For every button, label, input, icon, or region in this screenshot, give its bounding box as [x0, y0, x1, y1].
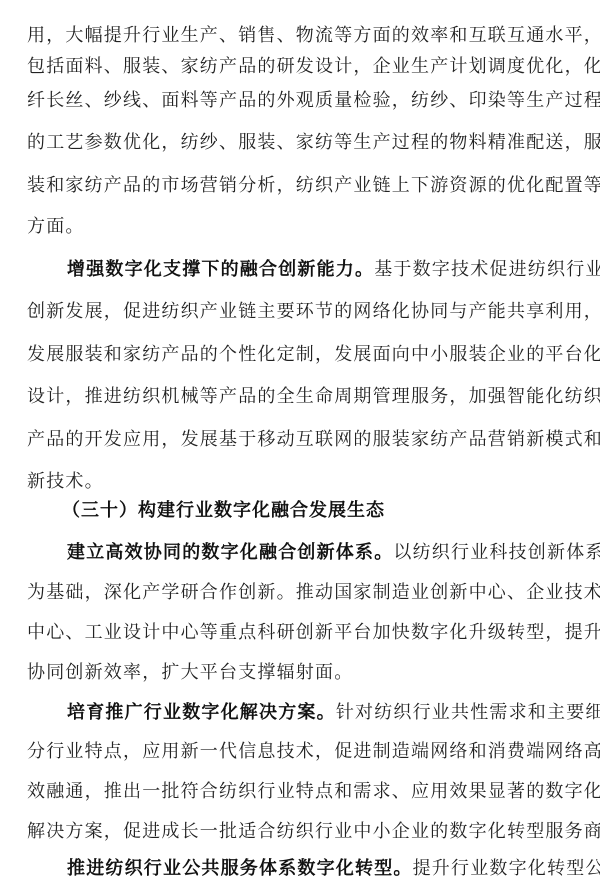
text-line: 包括面料、服装、家纺产品的研发设计，企业生产计划调度优化，化	[27, 56, 572, 78]
section-heading: （三十）构建行业数字化融合发展生态	[62, 500, 385, 522]
text-line: 方面。	[27, 216, 572, 238]
bold-lead: 推进纺织行业公共服务体系数字化转型。	[67, 858, 413, 879]
text-line: 协同创新效率，扩大平台支撑辐射面。	[27, 662, 572, 684]
paragraph-first-line: 推进纺织行业公共服务体系数字化转型。提升行业数字化转型公	[67, 858, 572, 880]
text-line: 中心、工业设计中心等重点科研创新平台加快数字化升级转型，提升	[27, 622, 572, 644]
text-line: 创新发展，促进纺织产业链主要环节的网络化协同与产能共享利用，	[27, 301, 572, 323]
bold-lead: 建立高效协同的数字化融合创新体系。	[67, 542, 393, 563]
bold-lead: 增强数字化支撑下的融合创新能力。	[67, 259, 374, 280]
paragraph-first-line: 建立高效协同的数字化融合创新体系。以纺织行业科技创新体系	[67, 542, 572, 564]
text-line: 解决方案，促进成长一批适合纺织行业中小企业的数字化转型服务商。	[27, 821, 572, 843]
text-line: 分行业特点，应用新一代信息技术，促进制造端网络和消费端网络高	[27, 741, 572, 763]
text-line: 新技术。	[27, 471, 572, 493]
text-line: 发展服装和家纺产品的个性化定制，发展面向中小服装企业的平台化	[27, 344, 572, 366]
text-line: 设计，推进纺织机械等产品的全生命周期管理服务，加强智能化纺织	[27, 386, 572, 408]
text: 基于数字技术促进纺织行业	[374, 259, 600, 280]
text-line: 纤长丝、纱线、面料等产品的外观质量检验，纺纱、印染等生产过程	[27, 90, 572, 112]
text-line: 产品的开发应用，发展基于移动互联网的服装家纺产品营销新模式和	[27, 429, 572, 451]
paragraph-first-line: 增强数字化支撑下的融合创新能力。基于数字技术促进纺织行业	[67, 259, 572, 281]
text-line: 为基础，深化产学研合作创新。推动国家制造业创新中心、企业技术	[27, 582, 572, 604]
bold-lead: 培育推广行业数字化解决方案。	[67, 702, 336, 723]
text-line: 装和家纺产品的市场营销分析，纺织产业链上下游资源的优化配置等	[27, 175, 572, 197]
paragraph-first-line: 培育推广行业数字化解决方案。针对纺织行业共性需求和主要细	[67, 702, 572, 724]
text: 针对纺织行业共性需求和主要细	[336, 702, 600, 723]
text-line: 的工艺参数优化，纺纱、服装、家纺等生产过程的物料精准配送，服	[27, 132, 572, 154]
text: 提升行业数字化转型公	[413, 858, 600, 879]
text: 以纺织行业科技创新体系	[393, 542, 600, 563]
text-line: 用，大幅提升行业生产、销售、物流等方面的效率和互联互通水平，	[27, 25, 572, 47]
text-line: 效融通，推出一批符合纺织行业特点和需求、应用效果显著的数字化	[27, 781, 572, 803]
